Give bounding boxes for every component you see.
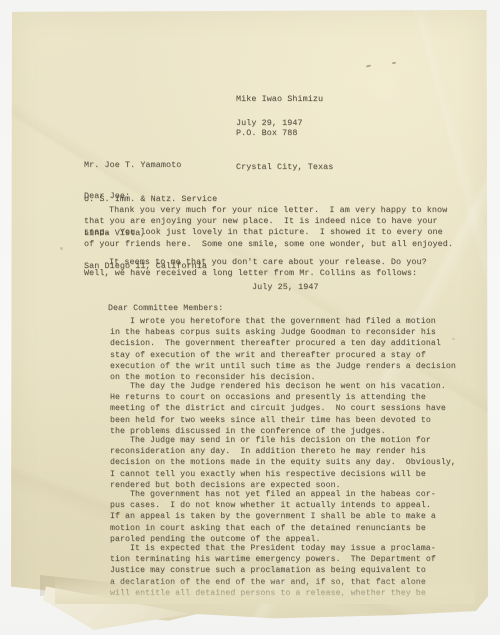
letter-date: July 29, 1947 <box>236 118 303 129</box>
enclosure-paragraph-4: The government has not yet filed an appe… <box>110 489 462 545</box>
paper-speck <box>60 247 63 250</box>
enclosure-paragraph-3: The Judge may send in or file his decisi… <box>110 435 462 491</box>
sender-po-box: P.O. Box 788 <box>236 128 333 139</box>
sender-city: Crystal City, Texas <box>236 162 333 173</box>
enclosure-paragraph-5: It is expected that the President today … <box>110 543 462 599</box>
enclosure-paragraph-2: The day the Judge rendered his decison h… <box>110 381 462 437</box>
enclosure-salutation: Dear Committee Members: <box>108 303 223 314</box>
sender-name: Mike Iwao Shimizu <box>236 94 333 105</box>
salutation: Dear Joe: <box>84 191 130 202</box>
enclosure-paragraph-1: I wrote you heretofore that the governme… <box>110 316 462 383</box>
body-paragraph-1: Thank you very much for your nice letter… <box>84 205 464 250</box>
body-paragraph-2: It seems to me that you don't care about… <box>84 257 464 279</box>
recipient-name: Mr. Joe T. Yamamoto <box>84 160 217 171</box>
enclosure-date: July 25, 1947 <box>252 282 319 293</box>
